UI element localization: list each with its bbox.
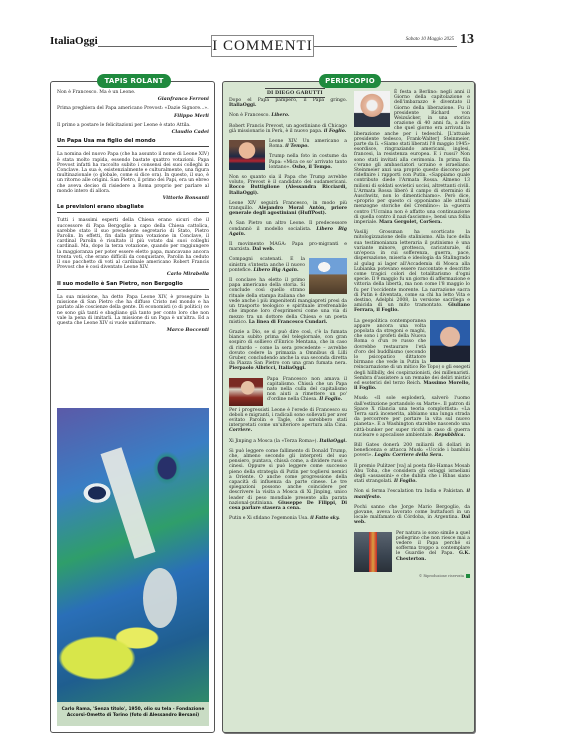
article-author: Carlo Mirabella bbox=[57, 272, 209, 277]
quote-item: Robert Francis Prevost, un agostiniano d… bbox=[229, 124, 347, 134]
quip-author: Filippo Merli bbox=[57, 114, 209, 119]
section-title: I COMMENTI bbox=[211, 35, 314, 57]
article-author: Marco Boccenti bbox=[57, 328, 209, 333]
article-heading: Il suo modello è San Pietro, non Bergogl… bbox=[57, 282, 209, 290]
periscopio-label: PERISCOPIO bbox=[319, 74, 381, 88]
quote-item: Dopo el Papa pampero, il Papa gringo. It… bbox=[229, 98, 347, 108]
image-caption: Carlo Rama, 'Senza titolo', 1950, olio s… bbox=[57, 702, 209, 726]
quote-item: Grazie a Dio, se si può dire così, c'è l… bbox=[229, 330, 347, 372]
quip-text: Non è Francesco. Ma è un Leone. bbox=[57, 90, 209, 95]
quote-item: Non è Francesco. Libero. bbox=[229, 113, 347, 118]
tapis-rolant-label: TAPIS ROLANT bbox=[97, 74, 171, 88]
quote-item: A San Pietro un altro Leone. Il predeces… bbox=[229, 221, 347, 237]
painting-detail bbox=[143, 568, 177, 628]
quote-item: Non so quanto sia il Papa che Trump avre… bbox=[229, 175, 347, 196]
newspaper-logo[interactable]: ItaliaOggi bbox=[50, 35, 98, 47]
quote-item: Musk: «Il sole esploderà, salverò l'uomo… bbox=[354, 396, 470, 438]
quote-item: Xi Jinping a Mosca (la «Terza Roma»). It… bbox=[229, 439, 347, 444]
steinmeier-photo bbox=[354, 91, 390, 127]
quote-item: Non si ferma l'escalation tra India e Pa… bbox=[354, 489, 470, 499]
tapis-rolant-content: Non è Francesco. Ma è un Leone. Gianfran… bbox=[57, 90, 209, 337]
quote-item: Il premio Pulitzer [va] al poeta filo-Ha… bbox=[354, 464, 470, 485]
putin-photo bbox=[430, 320, 470, 362]
article-heading: Un Papa Usa ma figlio del mondo bbox=[57, 139, 209, 147]
article-body: La nomina del nuovo Papa (che ha assunto… bbox=[57, 152, 209, 194]
periscopio-column-2: È festa a Berlino: negli anni il Giorno … bbox=[354, 90, 470, 579]
masthead: ItaliaOggi I COMMENTI Sabato 10 Maggio 2… bbox=[50, 30, 474, 60]
tapis-rolant-box: TAPIS ROLANT Non è Francesco. Ma è un Le… bbox=[50, 81, 215, 733]
article-body: La sua missione, ha detto Papa Leone XIV… bbox=[57, 295, 209, 326]
vatican-chimney-photo bbox=[309, 258, 347, 294]
quip-author: Gianfranco Ferroni bbox=[57, 97, 209, 102]
quip-text: Prima preghiera del Papa americano Prevo… bbox=[57, 106, 209, 111]
article-heading: Le previsioni erano sbagliate bbox=[57, 205, 209, 213]
quip-text: Il primo a postare le felicitazioni per … bbox=[57, 123, 209, 128]
end-square-icon bbox=[466, 574, 470, 578]
quote-item: Per i progressisti Leone è l'erede di Fr… bbox=[229, 408, 347, 434]
quote-item: Bill Gates donerà 200 miliardi di dollar… bbox=[354, 443, 470, 459]
quote-item: Putin e Xi sfidano l'egemonia Usa. il Fa… bbox=[229, 516, 347, 521]
quip-author: Claudio Cadei bbox=[57, 130, 209, 135]
byline: DI DIEGO GABUTTI bbox=[265, 88, 325, 98]
issue-date: Sabato 10 Maggio 2025 bbox=[406, 37, 454, 42]
quote-item: Pochi sanno che Jorge Mario Bergoglio, d… bbox=[354, 505, 470, 526]
periscopio-column-1: Dopo el Papa pampero, il Papa gringo. It… bbox=[229, 98, 347, 526]
article-author: Vittorio Bonsanti bbox=[57, 196, 209, 201]
painting-detail bbox=[101, 447, 156, 558]
article-body: Tutti i massimi esperti della Chiesa era… bbox=[57, 218, 209, 270]
quote-item: Si può leggere come fallimento di Donald… bbox=[229, 449, 347, 511]
pope-photo bbox=[229, 378, 263, 406]
quote-item: Il movimento MAGA: Papa pro-migranti e m… bbox=[229, 242, 347, 252]
quote-item: Leone XIV seguirà Francesco, in modo più… bbox=[229, 201, 347, 217]
swiss-guard-photo bbox=[354, 532, 392, 572]
end-mark: © Riproduzione riservata bbox=[354, 574, 470, 579]
trump-photo bbox=[229, 140, 265, 170]
quote-item: Vasilij Grossman ha scorticato la mitolo… bbox=[354, 230, 470, 313]
page-number: 13 bbox=[457, 32, 474, 48]
periscopio-box: PERISCOPIO DI DIEGO GABUTTI Dopo el Papa… bbox=[222, 81, 475, 733]
painting-image bbox=[57, 408, 209, 702]
